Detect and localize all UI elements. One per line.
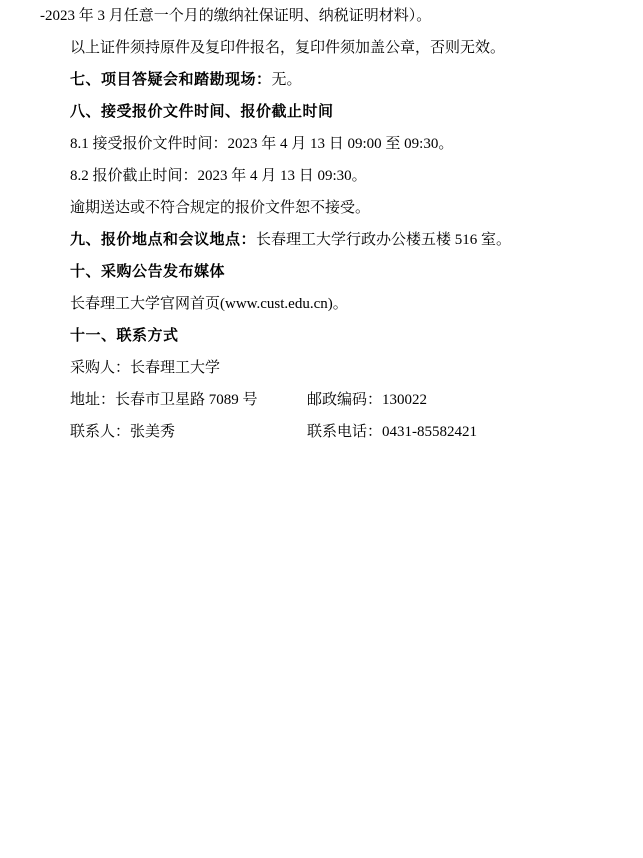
section9-heading: 九、报价地点和会议地点：: [70, 231, 256, 248]
contact-person-text: 联系人：张美秀: [70, 422, 307, 442]
section11-line: 十一、联系方式: [40, 326, 613, 346]
document-page: -2023 年 3 月任意一个月的缴纳社保证明、纳税证明材料）。 以上证件须持原…: [0, 0, 643, 858]
address-line: 地址：长春市卫星路 7089 号邮政编码：130022: [40, 390, 613, 410]
section8-heading: 八、接受报价文件时间、报价截止时间: [70, 103, 334, 120]
certificate-note-paragraph: 以上证件须持原件及复印件报名，复印件须加盖公章，否则无效。: [40, 38, 613, 58]
section11-heading: 十一、联系方式: [70, 327, 179, 344]
section8-note: 逾期送达或不符合规定的报价文件恕不接受。: [40, 198, 613, 218]
address-text: 地址：长春市卫星路 7089 号: [70, 390, 307, 410]
section8-item2: 8.2 报价截止时间：2023 年 4 月 13 日 09:30。: [40, 166, 613, 186]
section8-line: 八、接受报价文件时间、报价截止时间: [40, 102, 613, 122]
section10-heading: 十、采购公告发布媒体: [70, 263, 225, 280]
section7-heading: 七、项目答疑会和踏勘现场：: [70, 71, 272, 88]
continuation-paragraph: -2023 年 3 月任意一个月的缴纳社保证明、纳税证明材料）。: [40, 6, 613, 26]
contact-line: 联系人：张美秀联系电话：0431-85582421: [40, 422, 613, 442]
postal-code-text: 邮政编码：130022: [307, 392, 427, 408]
section7-value: 无。: [272, 72, 302, 88]
section10-line: 十、采购公告发布媒体: [40, 262, 613, 282]
section9-line: 九、报价地点和会议地点：长春理工大学行政办公楼五楼 516 室。: [40, 230, 613, 250]
section10-body: 长春理工大学官网首页(www.cust.edu.cn)。: [40, 294, 613, 314]
section9-value: 长春理工大学行政办公楼五楼 516 室。: [256, 232, 511, 248]
section8-item1: 8.1 接受报价文件时间：2023 年 4 月 13 日 09:00 至 09:…: [40, 134, 613, 154]
phone-text: 联系电话：0431-85582421: [307, 424, 477, 440]
buyer-line: 采购人：长春理工大学: [40, 358, 613, 378]
section7-line: 七、项目答疑会和踏勘现场：无。: [40, 70, 613, 90]
